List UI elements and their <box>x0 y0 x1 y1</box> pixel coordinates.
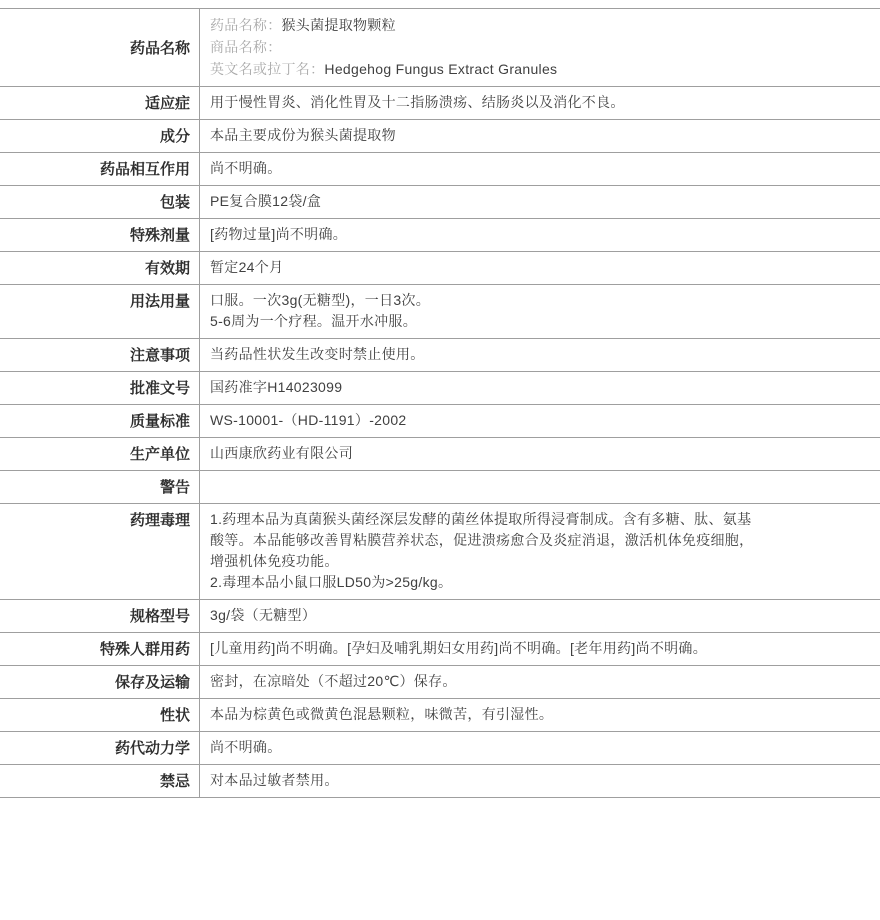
row-value: 1.药理本品为真菌猴头菌经深层发酵的菌丝体提取所得浸膏制成。含有多糖、肽、氨基酸… <box>200 504 880 599</box>
row-label: 成分 <box>0 120 200 152</box>
row-value: 暂定24个月 <box>200 252 880 284</box>
row-label: 生产单位 <box>0 438 200 470</box>
row-value: 尚不明确。 <box>200 732 880 764</box>
table-row-pharmacology: 药理毒理 1.药理本品为真菌猴头菌经深层发酵的菌丝体提取所得浸膏制成。含有多糖、… <box>0 504 880 600</box>
row-value: 对本品过敏者禁用。 <box>200 765 880 797</box>
table-row-ingredients: 成分 本品主要成份为猴头菌提取物 <box>0 120 880 153</box>
row-label: 特殊剂量 <box>0 219 200 251</box>
table-row-approval-number: 批准文号 国药准字H14023099 <box>0 372 880 405</box>
table-row-pharmacokinetics: 药代动力学 尚不明确。 <box>0 732 880 765</box>
row-value: 山西康欣药业有限公司 <box>200 438 880 470</box>
trade-name-key: 商品名称： <box>210 39 282 55</box>
row-value: PE复合膜12袋/盒 <box>200 186 880 218</box>
row-value: [儿童用药]尚不明确。[孕妇及哺乳期妇女用药]尚不明确。[老年用药]尚不明确。 <box>200 633 880 665</box>
row-value: 国药准字H14023099 <box>200 372 880 404</box>
table-row-indications: 适应症 用于慢性胃炎、消化性胃及十二指肠溃疡、结肠炎以及消化不良。 <box>0 87 880 120</box>
row-value: 当药品性状发生改变时禁止使用。 <box>200 339 880 371</box>
row-label: 用法用量 <box>0 285 200 338</box>
english-name-value: Hedgehog Fungus Extract Granules <box>324 61 557 77</box>
dosage-line-1: 口服。一次3g(无糖型)，一日3次。 <box>210 290 870 311</box>
row-label-drug-name: 药品名称 <box>0 9 200 86</box>
row-label: 质量标准 <box>0 405 200 437</box>
english-name-line: 英文名或拉丁名：Hedgehog Fungus Extract Granules <box>210 58 870 80</box>
table-row-contraindications: 禁忌 对本品过敏者禁用。 <box>0 765 880 798</box>
row-value: 尚不明确。 <box>200 153 880 185</box>
row-label: 警告 <box>0 471 200 503</box>
row-value <box>200 471 880 503</box>
row-label: 特殊人群用药 <box>0 633 200 665</box>
generic-name-line: 药品名称：猴头菌提取物颗粒 <box>210 14 870 36</box>
english-name-key: 英文名或拉丁名： <box>210 61 324 77</box>
row-value: 口服。一次3g(无糖型)，一日3次。 5-6周为一个疗程。温开水冲服。 <box>200 285 880 338</box>
row-label: 规格型号 <box>0 600 200 632</box>
pharmacology-paragraph-1: 1.药理本品为真菌猴头菌经深层发酵的菌丝体提取所得浸膏制成。含有多糖、肽、氨基酸… <box>210 509 762 572</box>
row-value-drug-name: 药品名称：猴头菌提取物颗粒 商品名称： 英文名或拉丁名：Hedgehog Fun… <box>200 9 880 86</box>
row-value: 本品主要成份为猴头菌提取物 <box>200 120 880 152</box>
row-value: [药物过量]尚不明确。 <box>200 219 880 251</box>
row-label: 药理毒理 <box>0 504 200 599</box>
row-label: 包装 <box>0 186 200 218</box>
row-label: 注意事项 <box>0 339 200 371</box>
generic-name-value: 猴头菌提取物颗粒 <box>282 17 396 33</box>
table-row-special-populations: 特殊人群用药 [儿童用药]尚不明确。[孕妇及哺乳期妇女用药]尚不明确。[老年用药… <box>0 633 880 666</box>
row-value: 3g/袋（无糖型） <box>200 600 880 632</box>
table-row-special-dosage: 特殊剂量 [药物过量]尚不明确。 <box>0 219 880 252</box>
row-label: 禁忌 <box>0 765 200 797</box>
table-row-packaging: 包装 PE复合膜12袋/盒 <box>0 186 880 219</box>
dosage-line-2: 5-6周为一个疗程。温开水冲服。 <box>210 311 870 332</box>
trade-name-line: 商品名称： <box>210 36 870 58</box>
table-row-storage: 保存及运输 密封，在凉暗处（不超过20℃）保存。 <box>0 666 880 699</box>
row-label: 药代动力学 <box>0 732 200 764</box>
table-row-shelf-life: 有效期 暂定24个月 <box>0 252 880 285</box>
table-row-properties: 性状 本品为棕黄色或微黄色混悬颗粒，味微苦，有引湿性。 <box>0 699 880 732</box>
row-label: 适应症 <box>0 87 200 119</box>
generic-name-key: 药品名称： <box>210 17 282 33</box>
table-row-precautions: 注意事项 当药品性状发生改变时禁止使用。 <box>0 339 880 372</box>
table-row-drug-name: 药品名称 药品名称：猴头菌提取物颗粒 商品名称： 英文名或拉丁名：Hedgeho… <box>0 9 880 87</box>
row-label: 药品相互作用 <box>0 153 200 185</box>
table-row-interactions: 药品相互作用 尚不明确。 <box>0 153 880 186</box>
row-value: 用于慢性胃炎、消化性胃及十二指肠溃疡、结肠炎以及消化不良。 <box>200 87 880 119</box>
row-label: 有效期 <box>0 252 200 284</box>
table-row-manufacturer: 生产单位 山西康欣药业有限公司 <box>0 438 880 471</box>
table-row-warning: 警告 <box>0 471 880 504</box>
table-row-specification: 规格型号 3g/袋（无糖型） <box>0 600 880 633</box>
row-label: 批准文号 <box>0 372 200 404</box>
drug-info-table: 药品名称 药品名称：猴头菌提取物颗粒 商品名称： 英文名或拉丁名：Hedgeho… <box>0 8 880 798</box>
row-value: 密封，在凉暗处（不超过20℃）保存。 <box>200 666 880 698</box>
row-value: 本品为棕黄色或微黄色混悬颗粒，味微苦，有引湿性。 <box>200 699 880 731</box>
row-label: 性状 <box>0 699 200 731</box>
table-row-dosage: 用法用量 口服。一次3g(无糖型)，一日3次。 5-6周为一个疗程。温开水冲服。 <box>0 285 880 339</box>
row-value: WS-10001-（HD-1191）-2002 <box>200 405 880 437</box>
row-label: 保存及运输 <box>0 666 200 698</box>
table-row-quality-standard: 质量标准 WS-10001-（HD-1191）-2002 <box>0 405 880 438</box>
pharmacology-paragraph-2: 2.毒理本品小鼠口服LD50为>25g/kg。 <box>210 572 870 593</box>
